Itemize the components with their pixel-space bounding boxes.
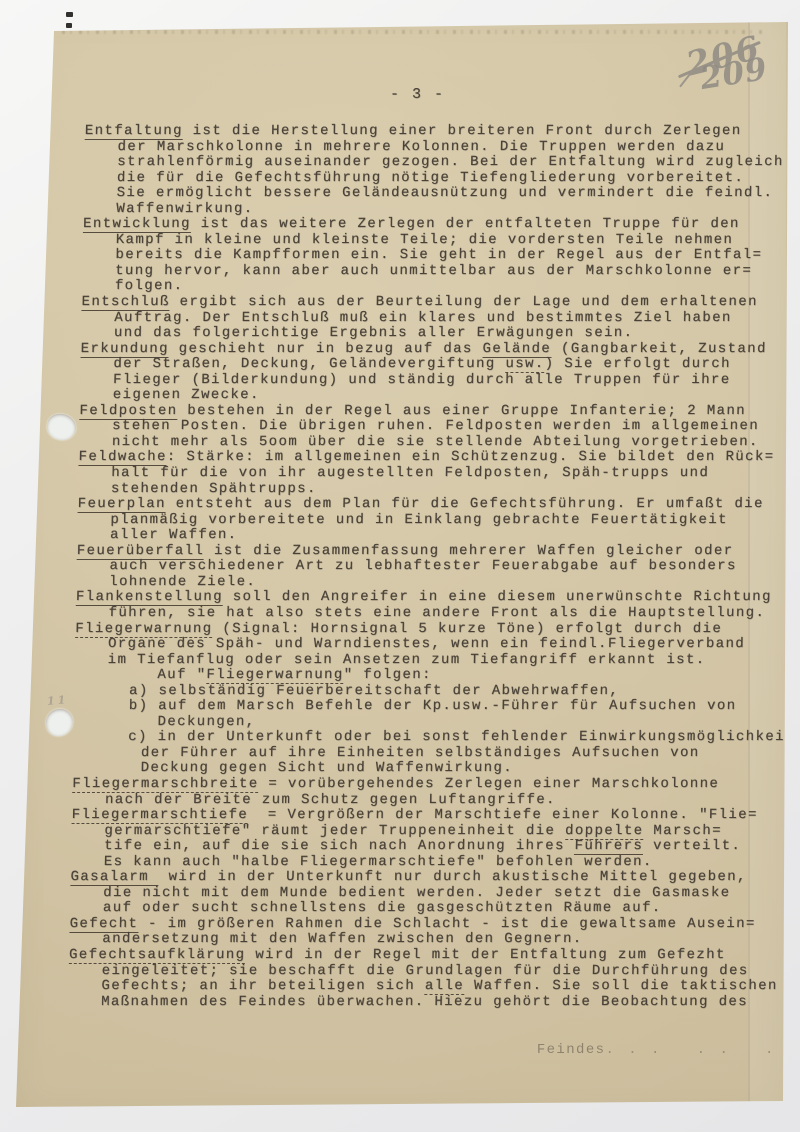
- ghost-type-marks: [62, 30, 764, 34]
- text-segment: aller Waffen.: [110, 527, 238, 543]
- text-line: Entfaltung ist die Herstellung einer bre…: [85, 124, 800, 140]
- text-segment: Marsch=: [643, 823, 722, 839]
- text-line: der Marschkolonne in mehrere Kolonnen. D…: [84, 140, 800, 156]
- text-segment: = vorübergehendes Zerlegen einer Marschk…: [258, 776, 719, 792]
- text-segment: stehenden Spähtrupps.: [111, 481, 317, 497]
- text-segment: tung hervor, kann aber auch unmittelbar …: [115, 263, 752, 279]
- text-line: bereits die Kampfformen ein. Sie geht in…: [82, 248, 800, 264]
- text-line: die nicht mit dem Munde bedient werden. …: [70, 886, 790, 902]
- text-segment: Es kann auch "halbe Fliegermarschtiefe" …: [104, 854, 653, 870]
- text-line: die für die Gefechtsführung nötige Tiefe…: [84, 171, 800, 187]
- text-line: auf oder sucht schnellstens die gasgesch…: [70, 901, 790, 917]
- text-segment: lohnende Ziele.: [109, 574, 256, 590]
- page-number: - 3 -: [390, 86, 450, 103]
- text-segment: = Vergrößern der Marschtiefe einer Kolon…: [248, 807, 758, 823]
- text-segment: wird in der Unterkunft nur durch akustis…: [159, 869, 747, 885]
- text-line: strahlenförmig auseinander gezogen. Bei …: [84, 155, 800, 171]
- underlined-term: Entschluß: [81, 294, 170, 311]
- text-line: Deckungen,: [73, 715, 793, 731]
- text-line: Organe des Späh- und Warndienstes, wenn …: [75, 637, 795, 653]
- text-segment: halt für die von ihr augestellten Feldpo…: [111, 465, 709, 481]
- text-segment: Kampf in kleine und kleinste Teile; die …: [116, 232, 734, 248]
- text-line: Entschluß ergibt sich aus der Beurteilun…: [81, 295, 800, 311]
- text-line: Es kann auch "halbe Fliegermarschtiefe" …: [71, 855, 791, 871]
- scan-background: 11 - 3 - Entfaltung ist die Herstellung …: [0, 0, 800, 1132]
- text-segment: Organe des Späh- und Warndienstes, wenn …: [108, 636, 745, 652]
- edge-mark: [66, 23, 72, 28]
- text-segment: germarschtiefe" räumt jeder Truppeneinhe…: [104, 823, 565, 839]
- text-segment: ist die Zusammenfassung mehrerer Waffen …: [204, 543, 734, 559]
- text-segment: a) selbständig Feuerbereitschaft der Abw…: [129, 683, 619, 699]
- text-line: Fliegermarschbreite = vorübergehendes Ze…: [72, 777, 792, 793]
- underlined-term: Feuerplan: [78, 496, 167, 513]
- text-line: halt für die von ihr augestellten Feldpo…: [78, 466, 798, 482]
- text-line: Auftrag. Der Entschluß muß ein klares un…: [81, 311, 800, 327]
- text-line: eigenen Zwecke.: [80, 388, 800, 404]
- text-line: Auf "Fliegerwarnung" folgen:: [74, 668, 794, 684]
- text-line: Erkundung geschieht nur in bezug auf das…: [81, 342, 800, 358]
- edge-mark: [66, 12, 73, 17]
- underlined-term: Fliegermarschbreite: [72, 776, 259, 793]
- punch-hole: [45, 708, 75, 738]
- text-segment: folgen.: [115, 278, 184, 294]
- text-segment: andersetzung mit den Waffen zwischen den…: [102, 931, 583, 947]
- text-line: stehenden Spähtrupps.: [78, 482, 798, 498]
- underlined-term: Fliegermarschtiefe: [72, 807, 249, 824]
- text-segment: soll den Angreifer in eine diesem unerwü…: [223, 589, 772, 605]
- text-segment: Deckung gegen Sicht und Waffenwirkung.: [140, 760, 513, 776]
- text-segment: tife ein, auf die sie sich nach Anordnun…: [104, 838, 575, 854]
- text-segment: wird in der Regel mit der Entfaltung zum…: [245, 947, 726, 963]
- text-segment: die für die Gefechtsführung nötige Tiefe…: [117, 170, 745, 186]
- text-segment: auch verschiedener Art zu lebhaftester F…: [109, 558, 737, 574]
- text-line: Gasalarm wird in der Unterkunft nur durc…: [70, 870, 790, 886]
- text-segment: und das folgerichtige Ergebnis aller Erw…: [114, 325, 634, 341]
- text-line: Entwicklung ist das weitere Zerlegen der…: [83, 217, 800, 233]
- document-page: 11 - 3 - Entfaltung ist die Herstellung …: [0, 0, 800, 1132]
- text-segment: entsteht aus dem Plan für die Gefechtsfü…: [166, 496, 764, 512]
- text-segment: - im größeren Rahmen die Schlacht - ist …: [138, 916, 756, 932]
- text-line: der Straßen, Deckung, Geländevergiftung …: [80, 357, 800, 373]
- catchword-dots: . . . . . . . .: [605, 1042, 800, 1058]
- underlined-term: Entwicklung: [83, 216, 191, 233]
- text-line: und das folgerichtige Ergebnis aller Erw…: [81, 326, 800, 342]
- text-segment: nicht mehr als 5oom über die sie stellen…: [112, 434, 759, 450]
- text-line: Gefechtsaufklärung wird in der Regel mit…: [69, 948, 789, 964]
- text-line: andersetzung mit den Waffen zwischen den…: [69, 932, 789, 948]
- underlined-term: usw.: [505, 356, 545, 373]
- text-line: Maßnahmen des Feindes überwachen. Hiezu …: [68, 995, 788, 1011]
- text-line: Feldwache: Stärke: im allgemeinen ein Sc…: [78, 450, 798, 466]
- text-segment: planmäßig vorbereitete und in Einklang g…: [110, 512, 728, 528]
- catchword-text: Feindes: [537, 1042, 606, 1058]
- text-segment: der Straßen, Deckung, Geländevergiftung: [113, 356, 505, 372]
- underlined-term: Gasalarm: [70, 869, 159, 886]
- text-segment: im Tiefanflug oder sein Ansetzen zum Tie…: [108, 652, 706, 668]
- underlined-term: alle: [425, 978, 465, 995]
- text-segment: geschieht nur in bezug auf das: [169, 341, 483, 357]
- text-segment: ergibt sich aus der Beurteilung der Lage…: [170, 294, 758, 310]
- punch-hole: [45, 412, 77, 442]
- text-line: b) auf dem Marsch Befehle der Kp.usw.-Fü…: [74, 699, 794, 715]
- text-segment: eigenen Zwecke.: [113, 387, 260, 403]
- catchword: Feindes. . . . . . . .: [478, 1026, 800, 1074]
- underlined-term: Feldwache: [78, 449, 167, 466]
- text-segment: ist das weitere Zerlegen der entfalteten…: [191, 216, 740, 232]
- text-segment: auf oder sucht schnellstens die gasgesch…: [103, 900, 662, 916]
- text-segment: b) auf dem Marsch Befehle der Kp.usw.-Fü…: [129, 698, 737, 714]
- underlined-term: Führers: [574, 838, 643, 855]
- text-segment: : Stärke: im allgemeinen ein Schützenzug…: [167, 449, 775, 465]
- text-segment: verteilt.: [643, 838, 741, 854]
- text-segment: stehen Posten. Die übrigen ruhen. Feldpo…: [112, 418, 759, 434]
- text-line: Sie ermöglicht bessere Geländeausnützung…: [84, 186, 800, 202]
- text-segment: Flieger (Bilderkundung) und ständig durc…: [113, 372, 731, 388]
- text-line: eingeleitet; sie beschafft die Grundlage…: [69, 964, 789, 980]
- text-line: nach der Breite zum Schutz gegen Luftang…: [72, 793, 792, 809]
- text-segment: ) Sie erfolgt durch: [545, 356, 732, 372]
- text-line: c) in der Unterkunft oder bei sonst fehl…: [73, 730, 793, 746]
- text-segment: (Signal: Hornsignal 5 kurze Töne) erfolg…: [212, 621, 722, 637]
- text-line: stehen Posten. Die übrigen ruhen. Feldpo…: [79, 419, 799, 435]
- underlined-term: Flankenstellung: [76, 589, 223, 606]
- text-line: Feuerüberfall ist die Zusammenfassung me…: [77, 544, 797, 560]
- text-segment: (Gangbarkeit, Zustand: [551, 341, 767, 357]
- text-segment: Waffen. Sie soll die taktischen: [464, 978, 778, 994]
- text-line: Flankenstellung soll den Angreifer in ei…: [76, 590, 796, 606]
- text-segment: " folgen:: [344, 667, 433, 683]
- text-segment: strahlenförmig auseinander gezogen. Bei …: [117, 154, 784, 170]
- text-segment: Auftrag. Der Entschluß muß ein klares un…: [114, 310, 732, 326]
- text-line: aller Waffen.: [77, 528, 797, 544]
- text-line: im Tiefanflug oder sein Ansetzen zum Tie…: [75, 653, 795, 669]
- text-line: Fliegermarschtiefe = Vergrößern der Mars…: [72, 808, 792, 824]
- text-line: Feuerplan entsteht aus dem Plan für die …: [78, 497, 798, 513]
- text-segment: Auf ": [157, 667, 206, 683]
- text-line: a) selbständig Feuerbereitschaft der Abw…: [74, 684, 794, 700]
- text-line: Fliegerwarnung (Signal: Hornsignal 5 kur…: [75, 622, 795, 638]
- text-segment: Maßnahmen des Feindes überwachen. Hiezu …: [101, 994, 748, 1010]
- text-segment: der Marschkolonne in mehrere Kolonnen. D…: [117, 139, 725, 155]
- text-line: Flieger (Bilderkundung) und ständig durc…: [80, 373, 800, 389]
- text-segment: eingeleitet; sie beschafft die Grundlage…: [102, 963, 749, 979]
- document-body: Entfaltung ist die Herstellung einer bre…: [68, 124, 800, 1010]
- text-segment: c) in der Unterkunft oder bei sonst fehl…: [128, 729, 795, 745]
- text-line: Waffenwirkung.: [83, 202, 800, 218]
- underlined-term: Entfaltung: [85, 123, 183, 140]
- text-line: Deckung gegen Sicht und Waffenwirkung.: [72, 761, 792, 777]
- text-segment: nach der Breite zum Schutz gegen Luftang…: [105, 792, 556, 808]
- text-line: führen, sie hat also stets eine andere F…: [75, 606, 795, 622]
- text-segment: ist die Herstellung einer breiteren Fron…: [183, 123, 742, 139]
- text-line: folgen.: [82, 279, 800, 295]
- text-segment: Deckungen,: [157, 714, 255, 730]
- text-segment: die nicht mit dem Munde bedient werden. …: [103, 885, 731, 901]
- text-segment: Waffenwirkung.: [116, 201, 254, 217]
- text-segment: Sie ermöglicht bessere Geländeausnützung…: [117, 185, 774, 201]
- underlined-term: Fliegerwarnung: [75, 621, 213, 638]
- text-segment: bereits die Kampfformen ein. Sie geht in…: [115, 247, 762, 263]
- text-segment: bestehen in der Regel aus einer Gruppe I…: [177, 403, 746, 419]
- underlined-term: Fliegerwarnung: [206, 667, 344, 684]
- text-line: auch verschiedener Art zu lebhaftester F…: [76, 559, 796, 575]
- text-segment: der Führer auf ihre Einheiten selbständi…: [141, 745, 700, 761]
- pencil-mark-small: 11: [46, 693, 68, 708]
- underlined-term: Gefechtsaufklärung: [69, 947, 246, 964]
- text-line: Gefechts; an ihr beteiligen sich alle Wa…: [68, 979, 788, 995]
- text-line: planmäßig vorbereitete und in Einklang g…: [77, 513, 797, 529]
- text-line: germarschtiefe" räumt jeder Truppeneinhe…: [71, 824, 791, 840]
- text-segment: Gefechts; an ihr beteiligen sich: [101, 978, 425, 994]
- text-segment: führen, sie hat also stets eine andere F…: [108, 605, 765, 621]
- text-line: tung hervor, kann aber auch unmittelbar …: [82, 264, 800, 280]
- text-line: tife ein, auf die sie sich nach Anordnun…: [71, 839, 791, 855]
